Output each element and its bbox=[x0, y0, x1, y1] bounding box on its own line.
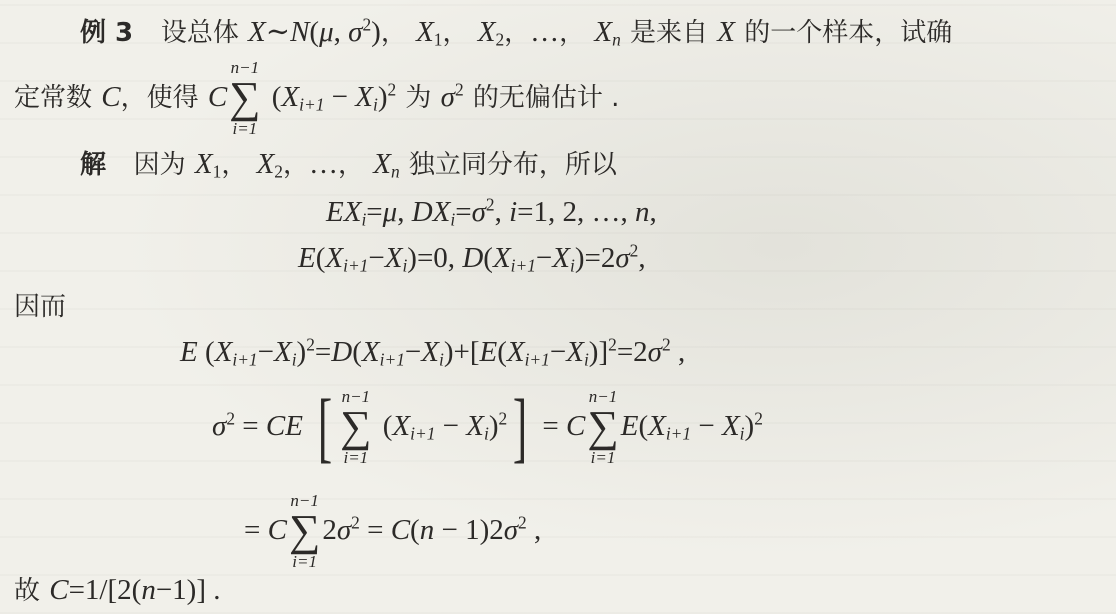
equation-2: E(Xi+1−Xi)=0, D(Xi+1−Xi)=2σ2, bbox=[298, 240, 646, 275]
solution-label: 解 bbox=[80, 150, 106, 180]
math-distribution: X∼N(μ, σ2) bbox=[248, 16, 381, 48]
problem-statement-line-1: 例 3 设总体 X∼N(μ, σ2)， X1， X2，…， Xn 是来自 X 的… bbox=[80, 14, 952, 50]
summation-symbol: n−1∑i=1 bbox=[229, 59, 260, 137]
equation-4: σ2 = CE [n−1∑i=1 (Xi+1 − Xi)2] = Cn−1∑i=… bbox=[212, 380, 763, 471]
equation-3: E (Xi+1−Xi)2=D(Xi+1−Xi)+[E(Xi+1−Xi)]2=2σ… bbox=[180, 334, 685, 369]
conclusion: 故 C=1/[2(n−1)] . bbox=[14, 572, 220, 608]
example-label: 例 3 bbox=[80, 18, 133, 48]
equation-1: EXi=μ, DXi=σ2, i=1, 2, …, n, bbox=[326, 194, 657, 229]
equation-5: = Cn−1∑i=12σ2 = C(n − 1)2σ2 , bbox=[244, 484, 541, 575]
solution-intro: 解 因为 X1， X2，…， Xn 独立同分布，所以 bbox=[80, 146, 617, 182]
problem-statement-line-2: 定常数 C，使得 Cn−1∑i=1 (Xi+1 − Xi)2 为 σ2 的无偏估… bbox=[14, 56, 619, 138]
therefore-label: 因而 bbox=[14, 288, 66, 324]
